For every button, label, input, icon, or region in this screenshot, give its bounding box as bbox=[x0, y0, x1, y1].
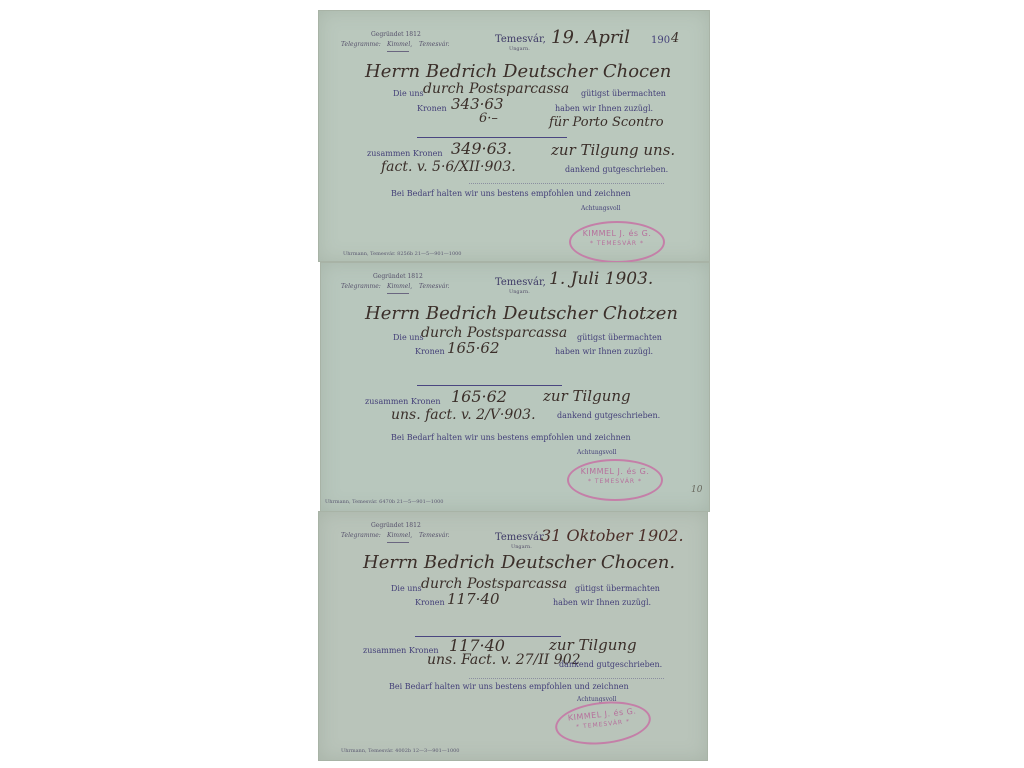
closing-text: Bei Bedarf halten wir uns bestens empfoh… bbox=[389, 682, 629, 691]
founded-text: Gegründet 1812 bbox=[371, 31, 421, 38]
total-amount: 165·62 bbox=[451, 387, 507, 406]
kronen-label: Kronen bbox=[415, 347, 445, 356]
header-rule bbox=[387, 51, 409, 52]
amount-1: 165·62 bbox=[447, 339, 500, 357]
addressee: Herrn Bedrich Deutscher Chocen bbox=[365, 61, 671, 82]
telegram-city: Temesvár. bbox=[419, 41, 450, 48]
purpose: zur Tilgung uns. bbox=[551, 141, 675, 159]
telegram-city: Temesvár. bbox=[419, 283, 450, 290]
extra-note: für Porto Scontro bbox=[549, 115, 664, 130]
line1-suffix: gütigst übermachten bbox=[581, 89, 666, 98]
receipt-card-1: Gegründet 1812 Telegramme: Kimmel, Temes… bbox=[318, 10, 710, 262]
sum-rule bbox=[417, 137, 567, 138]
telegram-name: Kimmel, bbox=[387, 532, 412, 539]
closing-text: Bei Bedarf halten wir uns bestens empfoh… bbox=[391, 433, 631, 442]
country-text: Ungarn. bbox=[511, 544, 532, 550]
regards-text: Achtungsvoll bbox=[577, 449, 616, 456]
founded-text: Gegründet 1812 bbox=[373, 273, 423, 280]
company-stamp: KIMMEL J. és G. * TEMESVÁR * bbox=[569, 221, 665, 263]
telegram-label: Telegramme: bbox=[341, 532, 381, 539]
line1-suffix: gütigst übermachten bbox=[575, 584, 660, 593]
telegram-name: Kimmel, bbox=[387, 41, 412, 48]
addressee: Herrn Bedrich Deutscher Chotzen bbox=[365, 303, 678, 324]
city-text: Temesvár bbox=[495, 532, 544, 543]
line1-suffix: gütigst übermachten bbox=[577, 333, 662, 342]
header-rule bbox=[387, 542, 409, 543]
printer-footer: Uhrmann, Temesvár. 8256b 21—5—901—1000 bbox=[343, 251, 462, 257]
line2-suffix: haben wir Ihnen zuzügl. bbox=[553, 598, 651, 607]
credited-text: dankend gutgeschrieben. bbox=[565, 165, 668, 174]
amount-2: 6·– bbox=[479, 111, 498, 126]
amount-1: 117·40 bbox=[447, 590, 500, 608]
date-handwritten: 19. April bbox=[551, 27, 630, 48]
telegram-name: Kimmel, bbox=[387, 283, 412, 290]
regards-text: Achtungsvoll bbox=[581, 205, 620, 212]
invoice-ref: fact. v. 5·6/XII·903. bbox=[381, 159, 516, 175]
founded-text: Gegründet 1812 bbox=[371, 522, 421, 529]
date-handwritten: 1. Juli 1903. bbox=[549, 269, 653, 289]
total-amount: 349·63. bbox=[451, 139, 512, 158]
city-text: Temesvár, bbox=[495, 34, 546, 45]
receipt-card-3: Gegründet 1812 Telegramme: Kimmel, Temes… bbox=[318, 511, 708, 761]
kronen-label: Kronen bbox=[415, 598, 445, 607]
year-handwritten: 4 bbox=[671, 31, 679, 46]
sum-rule bbox=[417, 385, 562, 386]
line2-suffix: haben wir Ihnen zuzügl. bbox=[555, 347, 653, 356]
purpose: zur Tilgung bbox=[543, 387, 631, 405]
company-stamp: KIMMEL J. és G. * TEMESVÁR * bbox=[553, 697, 653, 749]
total-label: zusammen Kronen bbox=[365, 397, 441, 406]
telegram-label: Telegramme: bbox=[341, 41, 381, 48]
header-rule bbox=[387, 293, 409, 294]
credited-text: dankend gutgeschrieben. bbox=[559, 660, 662, 669]
country-text: Ungarn. bbox=[509, 46, 530, 52]
receipt-card-2: Gegründet 1812 Telegramme: Kimmel, Temes… bbox=[320, 262, 710, 512]
dotted-rule bbox=[469, 678, 664, 679]
dotted-rule bbox=[469, 183, 664, 184]
printer-footer: Uhrmann, Temesvár. 6470b 21—5—901—1000 bbox=[325, 499, 444, 505]
telegram-label: Telegramme: bbox=[341, 283, 381, 290]
invoice-ref: uns. Fact. v. 27/II 902 bbox=[427, 652, 581, 668]
closing-text: Bei Bedarf halten wir uns bestens empfoh… bbox=[391, 189, 631, 198]
telegram-city: Temesvár. bbox=[419, 532, 450, 539]
date-handwritten: 31 Oktober 1902. bbox=[541, 526, 684, 545]
credited-text: dankend gutgeschrieben. bbox=[557, 411, 660, 420]
pencil-mark: 10 bbox=[691, 485, 702, 495]
invoice-ref: uns. fact. v. 2/V·903. bbox=[391, 407, 536, 423]
city-text: Temesvár, bbox=[495, 277, 546, 288]
line1-prefix: Die uns bbox=[393, 333, 424, 342]
kronen-label: Kronen bbox=[417, 104, 447, 113]
line2-suffix: haben wir Ihnen zuzügl. bbox=[555, 104, 653, 113]
line1-prefix: Die uns bbox=[393, 89, 424, 98]
total-label: zusammen Kronen bbox=[367, 149, 443, 158]
addressee: Herrn Bedrich Deutscher Chocen. bbox=[363, 552, 675, 573]
printer-footer: Uhrmann, Temesvár. 4002b 12—3—901—1000 bbox=[341, 748, 460, 754]
country-text: Ungarn. bbox=[509, 289, 530, 295]
line1-prefix: Die uns bbox=[391, 584, 422, 593]
year-printed: 190 bbox=[651, 35, 670, 46]
company-stamp: KIMMEL J. és G. * TEMESVÁR * bbox=[567, 459, 663, 501]
